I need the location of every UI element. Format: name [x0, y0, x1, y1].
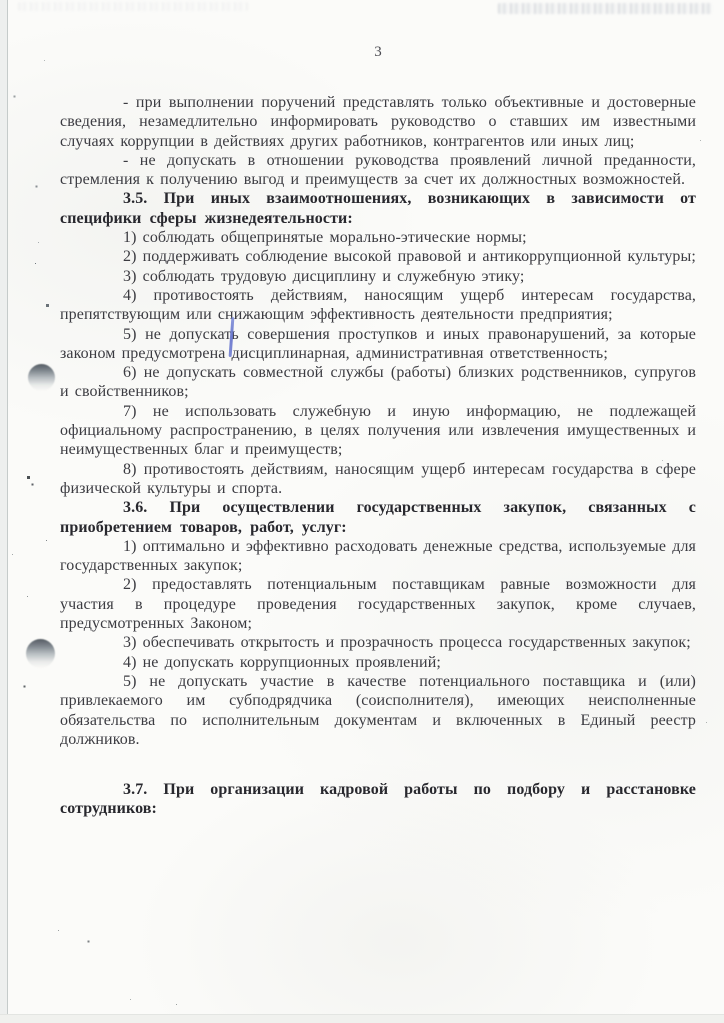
item-3-6-3: 3) обеспечивать открытость и прозрачност…	[60, 633, 696, 652]
heading-3-5: 3.5. При иных взаимоотношениях, возникаю…	[60, 189, 696, 228]
hole-punch-bottom	[26, 639, 55, 668]
item-3-5-1: 1) соблюдать общепринятые морально-этиче…	[60, 228, 696, 247]
page-edge-line	[7, 0, 8, 1023]
page-number: 3	[60, 44, 696, 61]
item-3-6-2: 2) предоставлять потенциальным поставщик…	[60, 575, 696, 633]
heading-3-7: 3.7. При организации кадровой работы по …	[60, 780, 696, 819]
document-body: - при выполнении поручений представлять …	[60, 93, 696, 819]
item-3-5-5: 5) не допускать совершения проступков и …	[60, 325, 696, 364]
item-3-6-5: 5) не допускать участие в качестве потен…	[60, 672, 696, 749]
scan-dust-speckles	[0, 0, 1, 1]
item-3-5-2: 2) поддерживать соблюдение высокой право…	[60, 247, 696, 266]
item-3-5-8: 8) противостоять действиям, наносящим ущ…	[60, 460, 696, 499]
item-3-5-6: 6) не допускать совместной службы (работ…	[60, 363, 696, 402]
scanner-left-strip	[0, 0, 7, 1023]
item-3-5-4: 4) противостоять действиям, наносящим ущ…	[60, 286, 696, 325]
item-3-5-7: 7) не использовать служебную и иную инфо…	[60, 402, 696, 460]
paragraph-dash-no-personal-loyalty: - не допускать в отношении руководства п…	[60, 151, 696, 190]
item-3-6-1: 1) оптимально и эффективно расходовать д…	[60, 537, 696, 576]
hole-punch-top	[28, 364, 55, 391]
scan-smudge-top-left	[18, 2, 248, 11]
heading-3-6: 3.6. При осуществлении государственных з…	[60, 498, 696, 537]
scanner-bottom-strip	[0, 1014, 724, 1023]
scan-smudge-top-right	[498, 3, 712, 14]
item-3-5-3: 3) соблюдать трудовую дисциплину и служе…	[60, 267, 696, 286]
item-3-6-4: 4) не допускать коррупционных проявлений…	[60, 653, 696, 672]
paragraph-dash-objective-info: - при выполнении поручений представлять …	[60, 93, 696, 151]
